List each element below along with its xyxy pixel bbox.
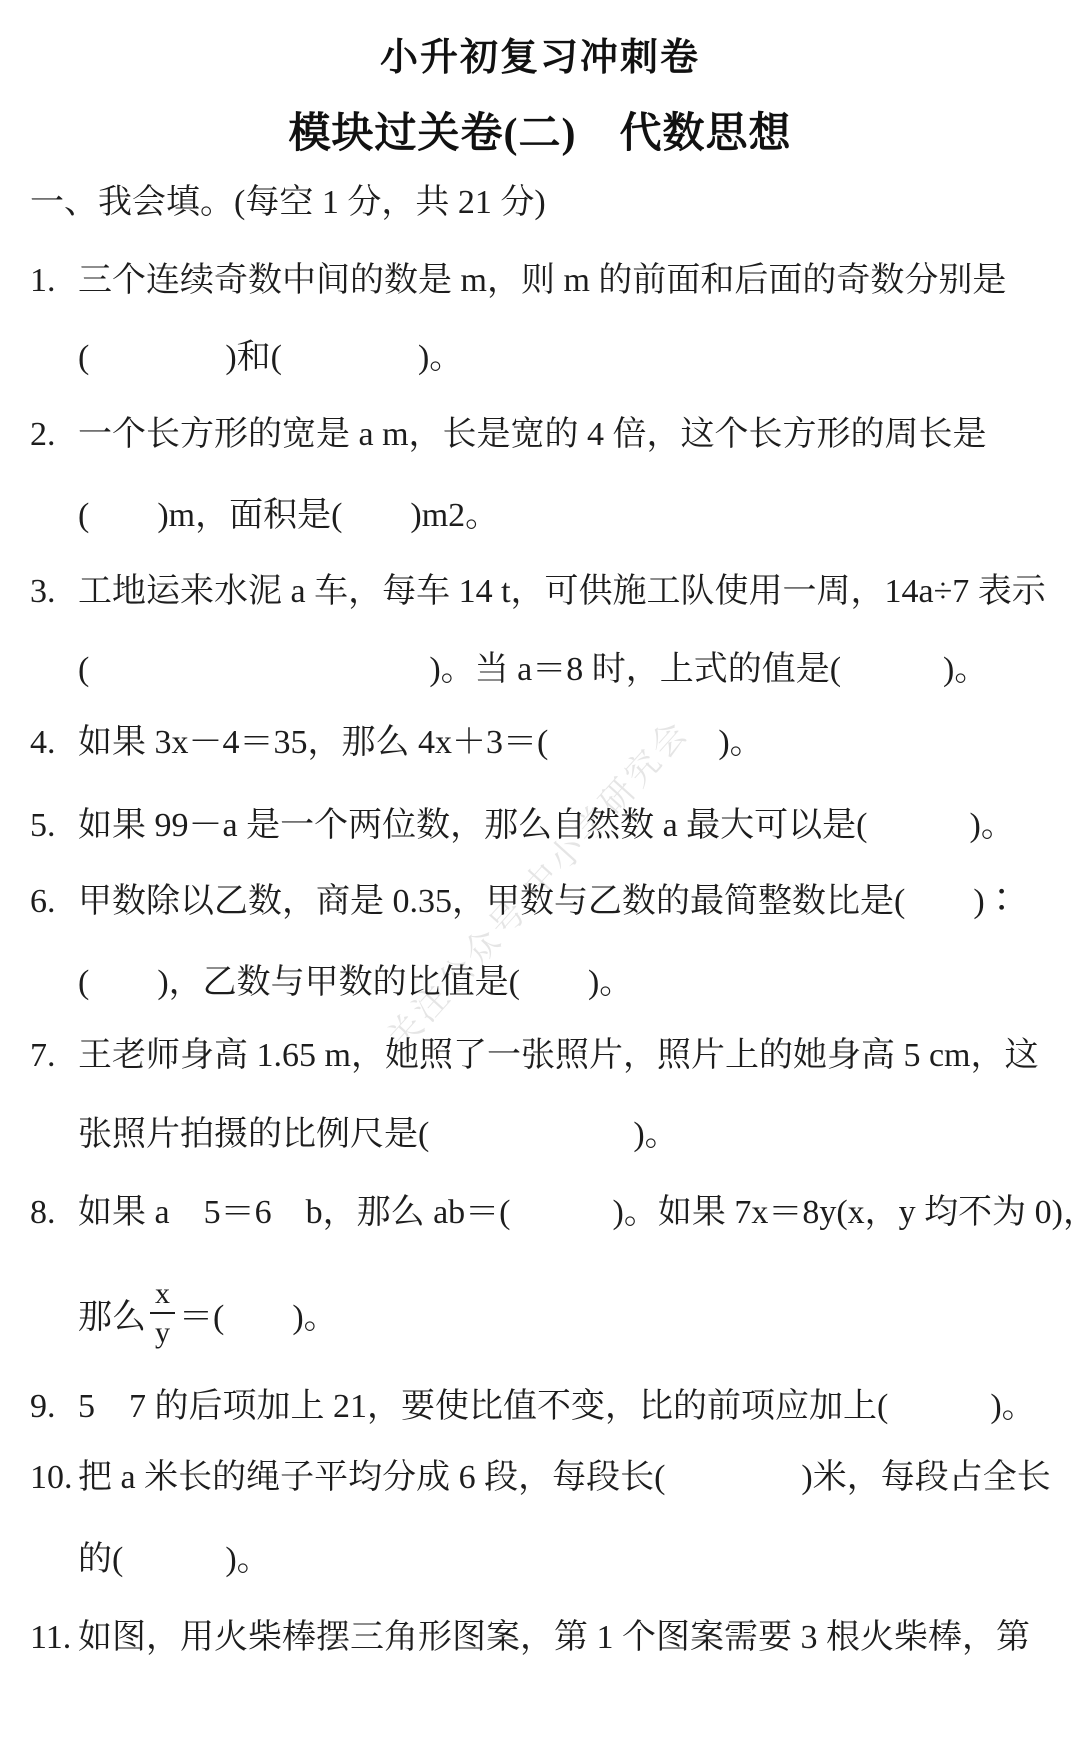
question-9-number: 9. [30,1387,78,1427]
question-8-line-2: 那么xy＝( )。 [78,1258,338,1368]
question-11-text: 如图，用火柴棒摆三角形图案，第 1 个图案需要 3 根火柴棒，第 [78,1619,1030,1656]
question-6-line-2: ( )，乙数与甲数的比值是( )。 [78,963,633,1003]
exam-paper-page: 小升初复习冲刺卷 模块过关卷(二) 代数思想 关注公众号 中小学研究会 一、我会… [0,0,1080,1744]
question-8-fraction-prefix: 那么 [78,1289,146,1338]
fraction-denominator: y [155,1314,170,1349]
page-subtitle: 模块过关卷(二) 代数思想 [0,100,1080,160]
question-5-line-1: 5.如果 99－a 是一个两位数，那么自然数 a 最大可以是( )。 [30,806,1015,846]
question-4-text: 如果 3x－4＝35，那么 4x＋3＝( )。 [78,724,764,761]
question-11-line-1: 11.如图，用火柴棒摆三角形图案，第 1 个图案需要 3 根火柴棒，第 [30,1618,1030,1658]
question-3-line-2: ( )。当 a＝8 时，上式的值是( )。 [78,650,988,690]
question-7-text: 王老师身高 1.65 m，她照了一张照片，照片上的她身高 5 cm，这 [78,1037,1038,1074]
question-6-number: 6. [30,882,78,922]
question-8-number: 8. [30,1193,78,1233]
question-3-line-1: 3.工地运来水泥 a 车，每车 14 t，可供施工队使用一周，14a÷7 表示 [30,572,1046,612]
question-6-line-1: 6.甲数除以乙数，商是 0.35，甲数与乙数的最简整数比是( )∶ [30,882,1019,922]
question-2-line-2: ( )m，面积是( )m2。 [78,496,499,536]
question-1-line-2: ( )和( )。 [78,338,463,378]
question-8-line-1: 8.如果 a 5＝6 b，那么 ab＝( )。如果 7x＝8y(x，y 均不为 … [30,1193,1080,1233]
question-10-text: 把 a 米长的绳子平均分成 6 段，每段长( )米，每段占全长 [78,1459,1051,1496]
question-6-text: 甲数除以乙数，商是 0.35，甲数与乙数的最简整数比是( )∶ [78,883,1019,920]
question-2-number: 2. [30,415,78,455]
question-5-number: 5. [30,806,78,846]
question-7-line-2: 张照片拍摄的比例尺是( )。 [78,1115,679,1155]
question-7-line-1: 7.王老师身高 1.65 m，她照了一张照片，照片上的她身高 5 cm，这 [30,1036,1038,1076]
question-9-line-1: 9.5 7 的后项加上 21，要使比值不变，比的前项应加上( )。 [30,1387,1036,1427]
question-1-number: 1. [30,261,78,301]
question-10-line-2: 的( )。 [78,1540,271,1580]
question-2-line-1: 2.一个长方形的宽是 a m，长是宽的 4 倍，这个长方形的周长是 [30,415,987,455]
question-8-text: 如果 a 5＝6 b，那么 ab＝( )。如果 7x＝8y(x，y 均不为 0)… [78,1194,1080,1231]
question-7-number: 7. [30,1036,78,1076]
fraction-numerator: x [150,1277,175,1314]
question-3-text: 工地运来水泥 a 车，每车 14 t，可供施工队使用一周，14a÷7 表示 [78,573,1046,610]
question-3-number: 3. [30,572,78,612]
question-2-text: 一个长方形的宽是 a m，长是宽的 4 倍，这个长方形的周长是 [78,416,987,453]
question-1-text: 三个连续奇数中间的数是 m，则 m 的前面和后面的奇数分别是 [78,262,1006,299]
question-11-number: 11. [30,1618,78,1658]
section-heading: 一、我会填。(每空 1 分，共 21 分) [30,183,546,223]
question-10-line-1: 10.把 a 米长的绳子平均分成 6 段，每段长( )米，每段占全长 [30,1458,1051,1498]
fraction-x-over-y: xy [150,1277,175,1349]
page-title: 小升初复习冲刺卷 [0,26,1080,81]
question-1-line-1: 1.三个连续奇数中间的数是 m，则 m 的前面和后面的奇数分别是 [30,261,1006,301]
question-10-number: 10. [30,1458,78,1498]
question-9-text: 5 7 的后项加上 21，要使比值不变，比的前项应加上( )。 [78,1388,1036,1425]
question-8-fraction-suffix: ＝( )。 [179,1289,338,1338]
question-5-text: 如果 99－a 是一个两位数，那么自然数 a 最大可以是( )。 [78,807,1015,844]
question-4-number: 4. [30,723,78,763]
question-4-line-1: 4.如果 3x－4＝35，那么 4x＋3＝( )。 [30,723,764,763]
